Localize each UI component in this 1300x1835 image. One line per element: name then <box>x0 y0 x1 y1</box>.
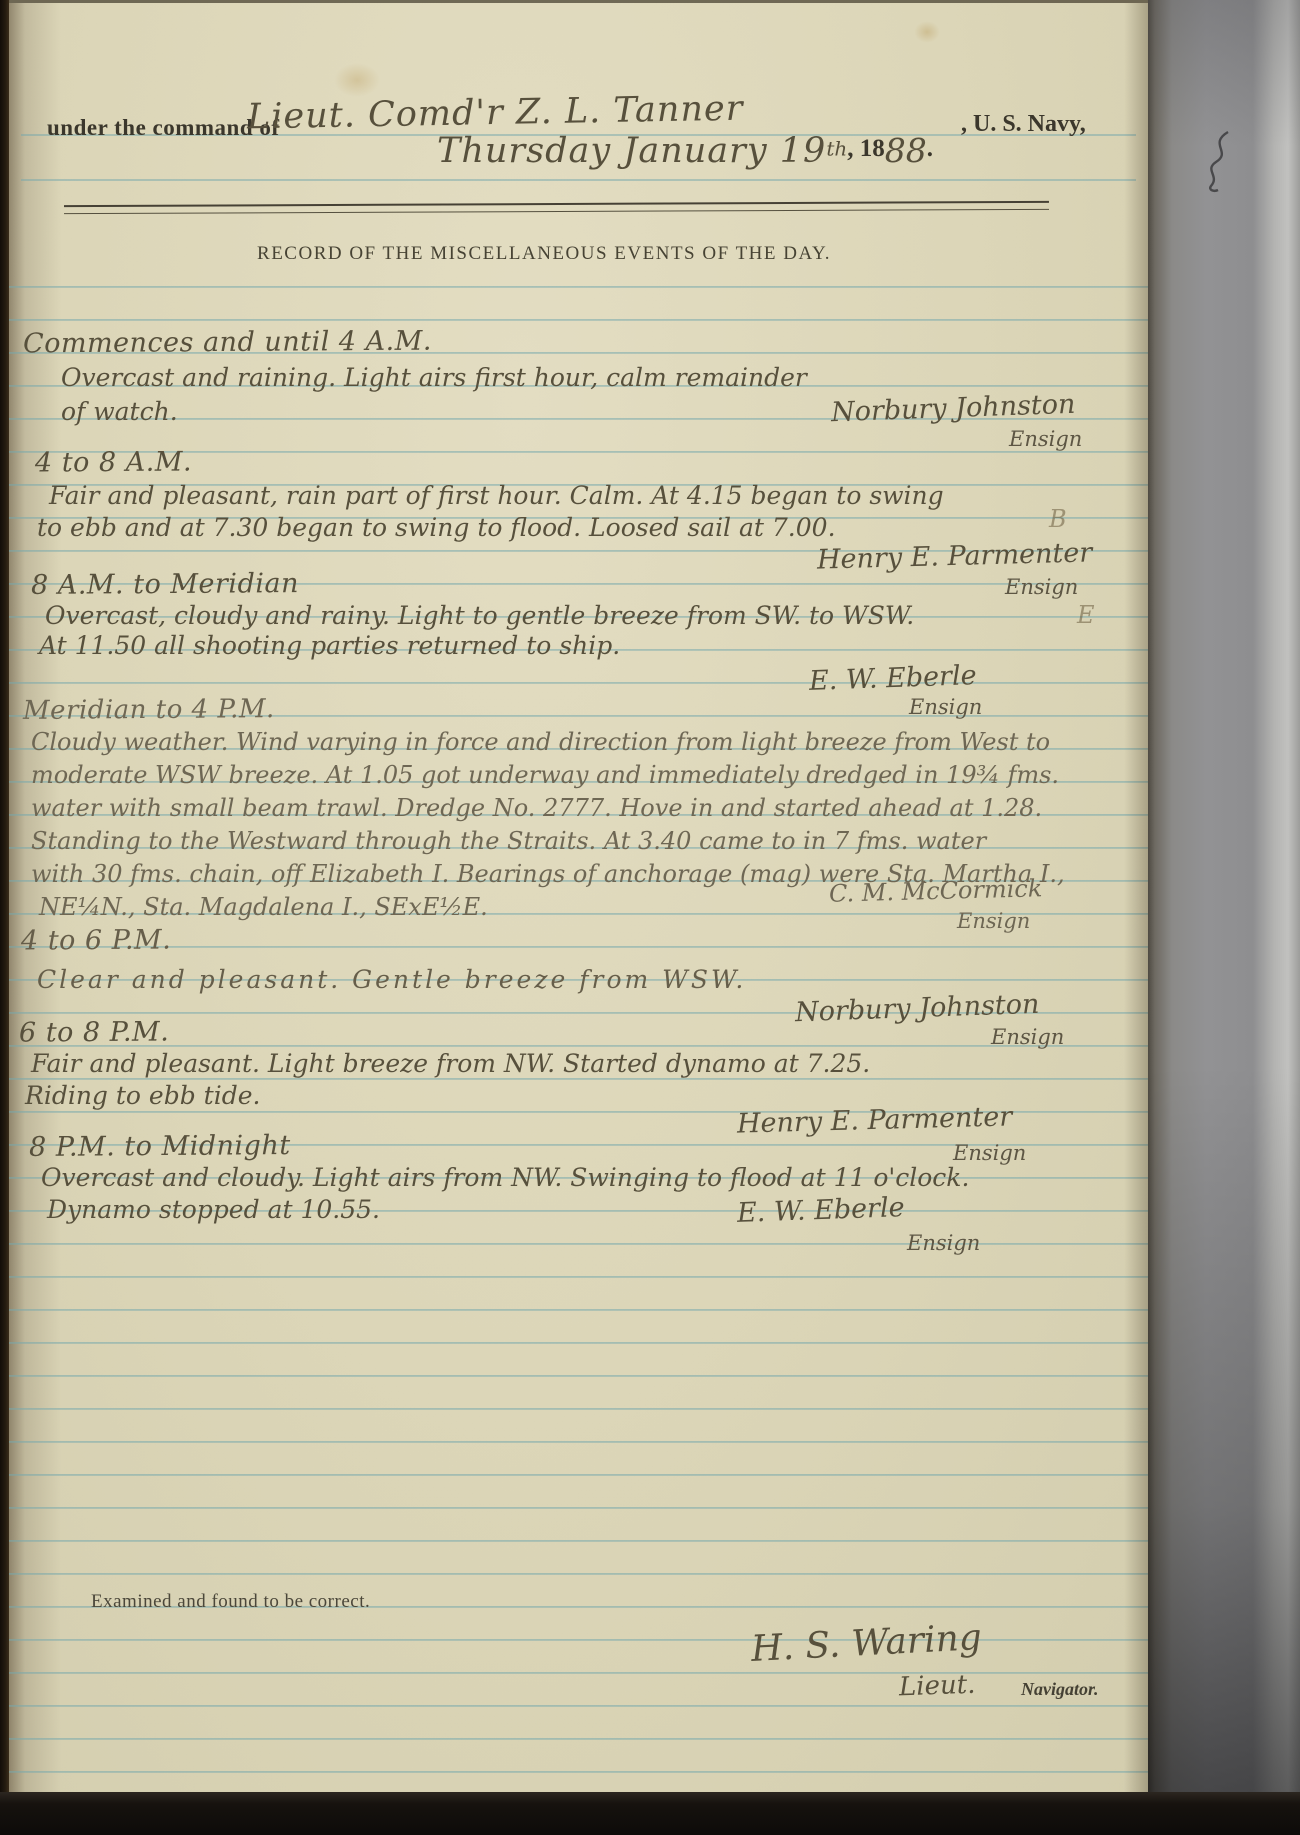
log-entry-line: Riding to ebb tide. <box>25 1081 260 1110</box>
watch-period-title: 4 to 6 P.M. <box>21 924 171 956</box>
watch-period-title: Commences and until 4 A.M. <box>23 326 432 360</box>
date-line: Thursday January 19th, 1888. <box>437 131 933 171</box>
binding-gutter <box>0 0 9 1835</box>
logbook-scan: { "page": { "header": { "printed_prefix"… <box>0 0 1300 1835</box>
log-entry-line: Cloudy weather. Wind varying in force an… <box>31 728 1050 756</box>
officer-signature: E. W. Eberle <box>809 660 978 697</box>
log-entry-line: to ebb and at 7.30 began to swing to flo… <box>37 513 836 542</box>
officer-rank: Ensign <box>991 1025 1064 1049</box>
watch-period-title: Meridian to 4 P.M. <box>23 694 275 726</box>
examined-statement: Examined and found to be correct. <box>91 1591 370 1613</box>
officer-rank: Ensign <box>1009 427 1082 451</box>
printed-period: . <box>927 135 933 162</box>
log-entry-line: of watch. <box>61 397 178 426</box>
officer-signature: E. W. Eberle <box>737 1192 906 1229</box>
watch-period-title: 6 to 8 P.M. <box>19 1016 169 1048</box>
printed-year-prefix: , 18 <box>847 135 885 162</box>
officer-rank: Ensign <box>909 695 982 719</box>
log-entry-line: water with small beam trawl. Dredge No. … <box>31 794 1042 822</box>
header-divider-rule <box>64 201 1049 214</box>
date-handwritten: Thursday January 19 <box>437 131 826 171</box>
printed-navigator-label: Navigator. <box>1021 1679 1099 1700</box>
paper-stain <box>914 21 940 43</box>
navigator-rank-handwritten: Lieut. <box>898 1670 975 1703</box>
margin-mark: B <box>1049 505 1067 533</box>
date-ordinal: th <box>826 137 847 161</box>
paper-stain <box>334 63 380 97</box>
log-entry-line: Clear and pleasant. Gentle breeze from W… <box>37 965 746 994</box>
log-entry-line: At 11.50 all shooting parties returned t… <box>39 631 620 660</box>
watch-period-title: 8 A.M. to Meridian <box>31 568 299 601</box>
margin-mark: E <box>1077 601 1095 629</box>
log-entry-line: moderate WSW breeze. At 1.05 got underwa… <box>31 761 1059 789</box>
log-entry-line: Overcast, cloudy and rainy. Light to gen… <box>45 601 914 630</box>
watch-period-title: 4 to 8 A.M. <box>35 446 192 478</box>
watch-period-title: 8 P.M. to Midnight <box>29 1130 291 1163</box>
log-entry-line: Dynamo stopped at 10.55. <box>47 1195 380 1224</box>
printed-command-prefix: under the command of <box>47 115 280 141</box>
scan-bottom-shadow <box>0 1792 1300 1835</box>
log-entry-line: Standing to the Westward through the Str… <box>31 827 986 855</box>
log-entry-line: NE¼N., Sta. Magdalena I., SExE½E. <box>39 893 488 921</box>
log-entry-line: Fair and pleasant. Light breeze from NW.… <box>31 1049 870 1078</box>
printed-us-navy: , U. S. Navy, <box>961 111 1086 138</box>
page-edge-ink-mark <box>1196 128 1240 194</box>
officer-rank: Ensign <box>907 1231 980 1255</box>
logbook-page: under the command of Lieut. Comd'r Z. L.… <box>9 0 1148 1797</box>
record-of-events-title: RECORD OF THE MISCELLANEOUS EVENTS OF TH… <box>39 243 1049 265</box>
year-handwritten: 88 <box>885 131 927 170</box>
officer-signature: C. M. McCormick <box>829 874 1043 908</box>
ruled-line-header-2 <box>21 179 1136 181</box>
log-entry-line: Fair and pleasant, rain part of first ho… <box>49 481 944 510</box>
officer-rank: Ensign <box>957 909 1030 933</box>
scan-backdrop <box>1148 0 1300 1835</box>
officer-rank: Ensign <box>953 1141 1026 1165</box>
log-entry-line: Overcast and raining. Light airs first h… <box>61 363 807 392</box>
log-entry-line: Overcast and cloudy. Light airs from NW.… <box>41 1163 969 1192</box>
officer-rank: Ensign <box>1005 575 1078 599</box>
